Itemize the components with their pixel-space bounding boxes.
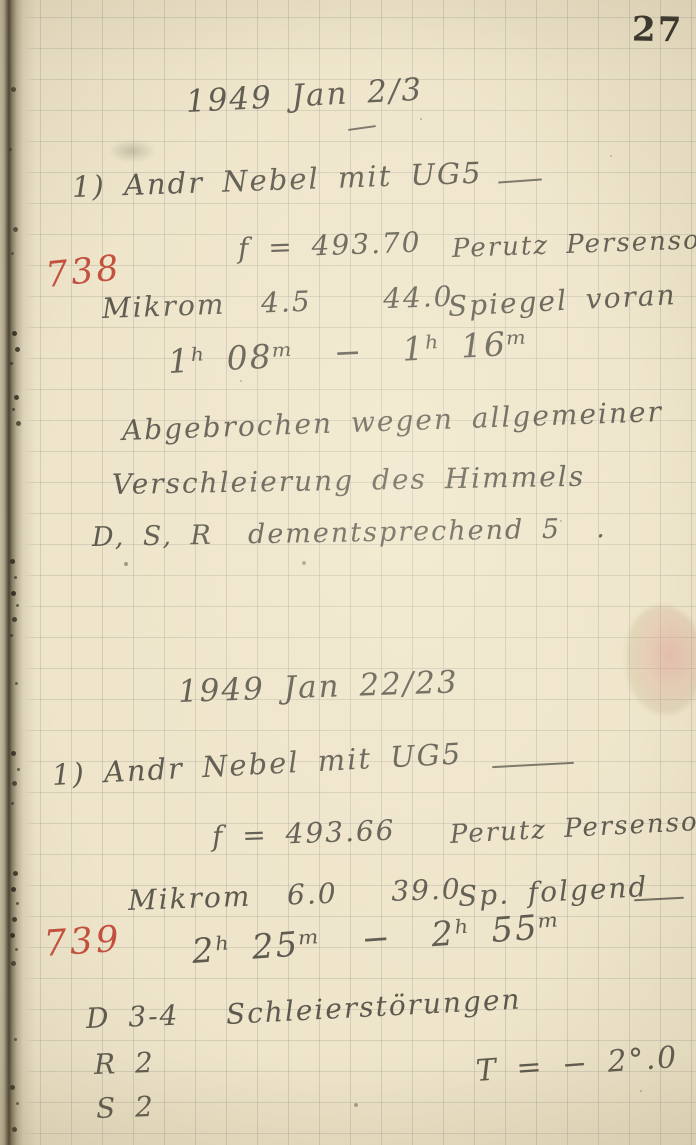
pencil-smudge — [110, 140, 154, 162]
notebook-page-scan: 27 1949 Jan 2/3 1) Andr Nebel mit UG5 f … — [0, 0, 696, 1145]
entry2-seeing-code-r: R 2 — [93, 1046, 155, 1081]
binding-edge — [0, 0, 36, 1145]
entry2-margin-number: 739 — [43, 919, 123, 965]
paper-specks — [0, 0, 2, 2]
page-number: 27 — [632, 10, 684, 51]
entry1-focus-value: f = 493.70 — [237, 226, 422, 265]
entry2-seeing-code-s: S 2 — [95, 1090, 155, 1125]
entry2-focus-value: f = 493.66 — [211, 814, 396, 853]
entry2-seeing-code-d: D 3-4 — [85, 999, 180, 1035]
stain-mark — [626, 606, 696, 714]
entry1-margin-number: 738 — [44, 248, 124, 296]
